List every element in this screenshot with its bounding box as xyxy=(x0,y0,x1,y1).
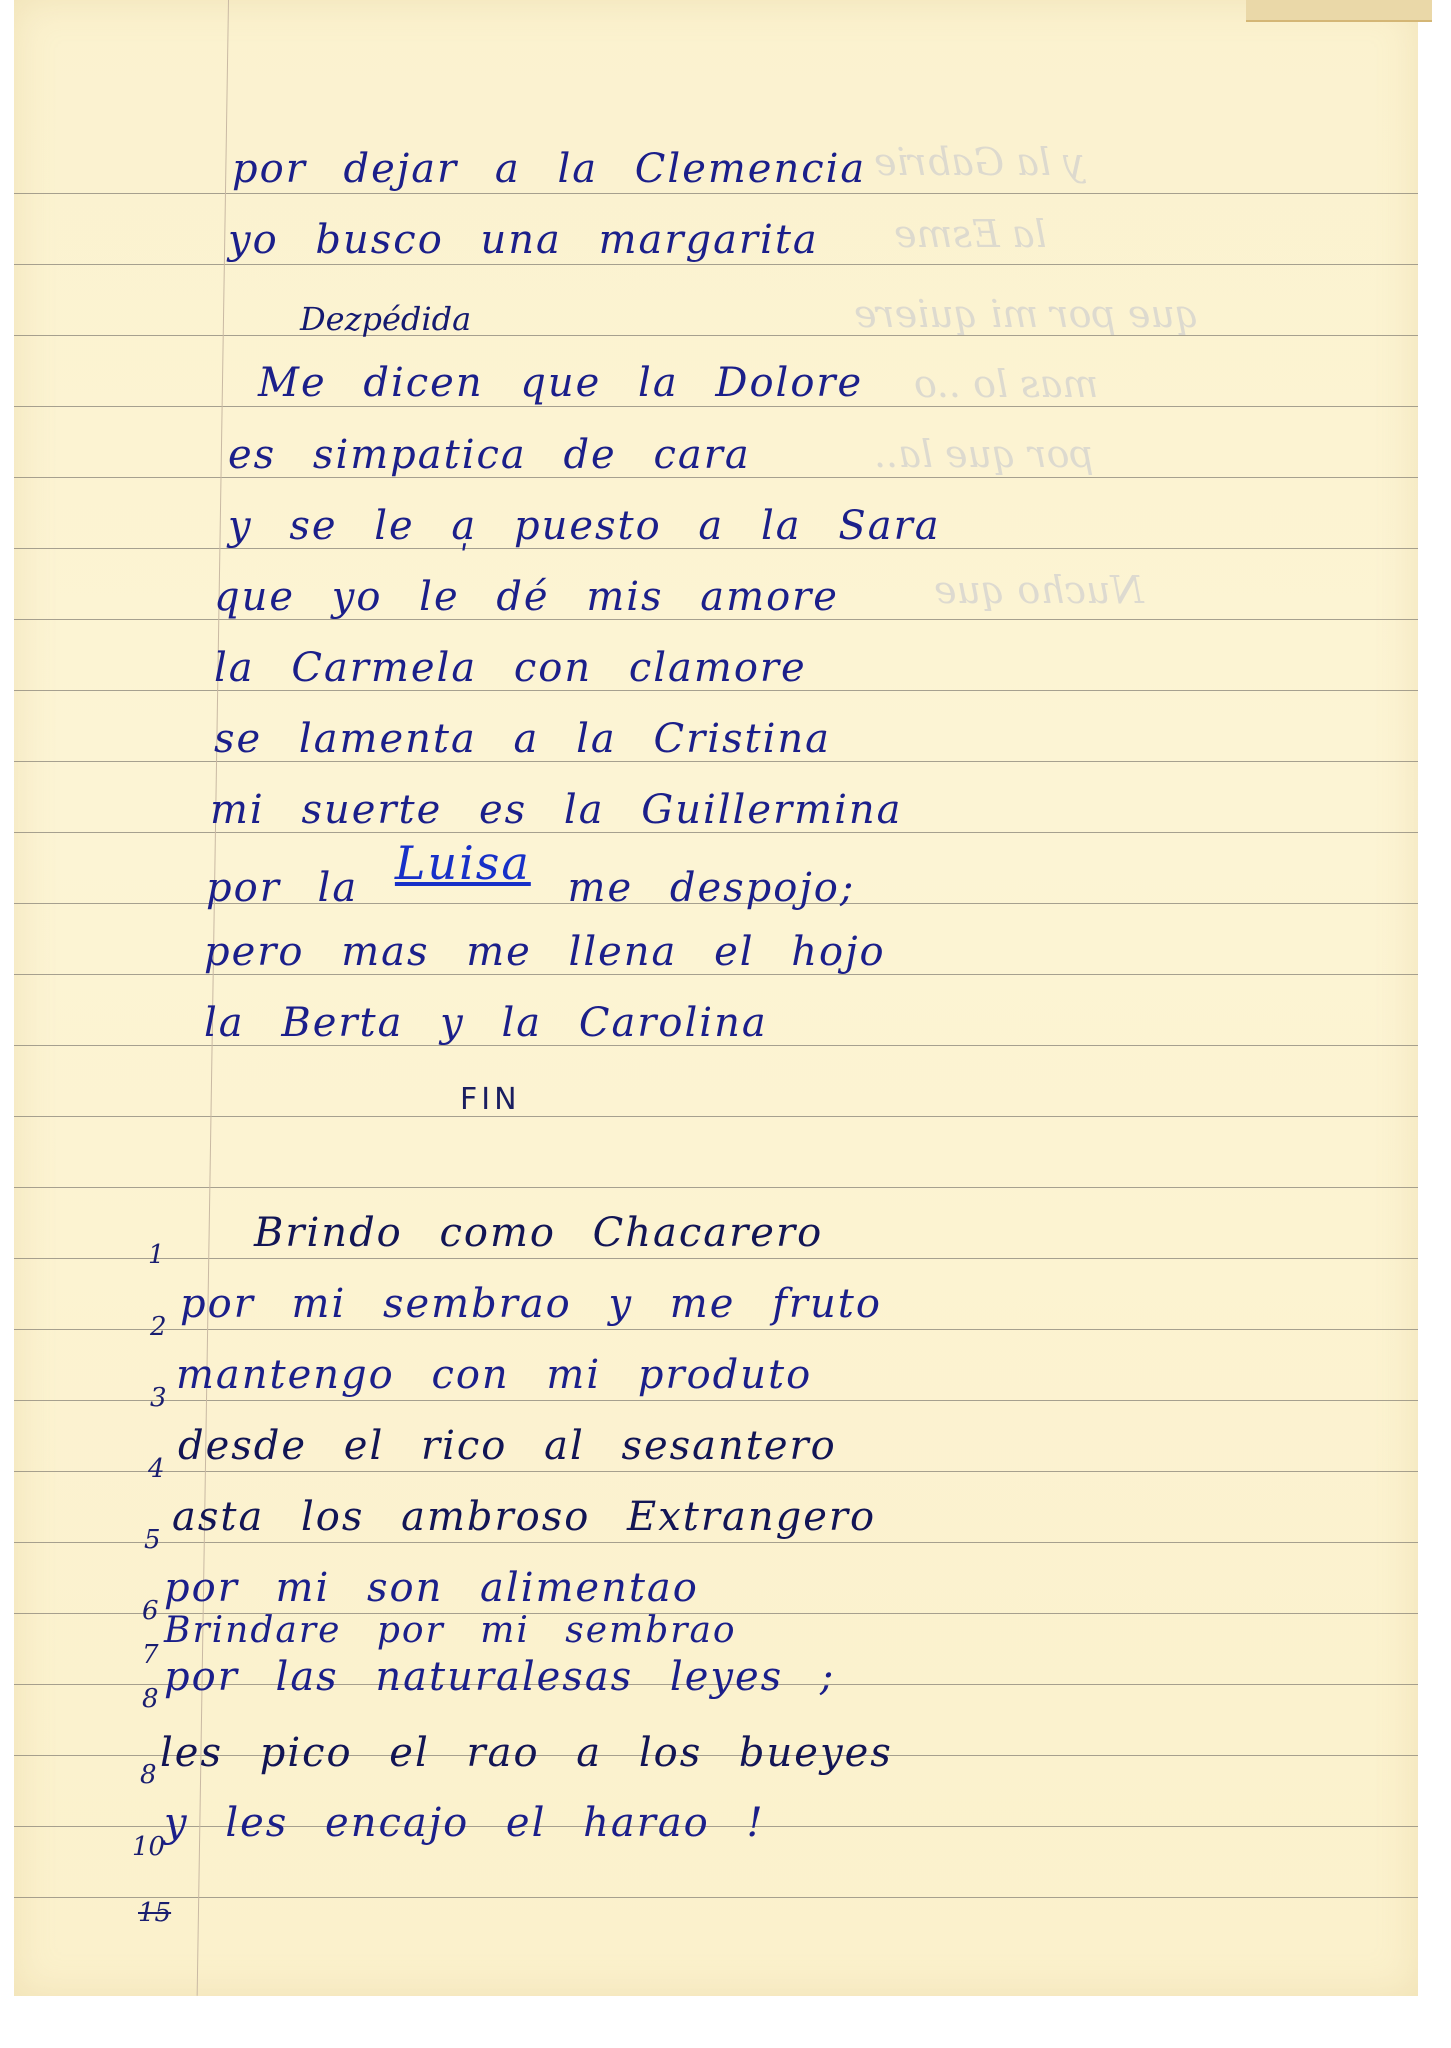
ruled-line xyxy=(14,1187,1418,1188)
line-number: 2 xyxy=(150,1312,167,1342)
line-number: 3 xyxy=(150,1383,167,1413)
show-through-text: Nucho que xyxy=(934,568,1144,612)
inserted-word: Luisa xyxy=(395,836,531,890)
verse-line: yo busco una margarita xyxy=(228,217,819,263)
verse-line: la Berta y la Carolina xyxy=(204,1000,768,1046)
verse-line: desde el rico al sesantero xyxy=(178,1423,837,1469)
line-number: 6 xyxy=(142,1596,159,1626)
verse-line: mi suerte es la Guillermina xyxy=(210,787,902,833)
line-number: 5 xyxy=(144,1525,161,1555)
verse-line: por las naturalesas leyes ; xyxy=(164,1654,835,1700)
verse-line: que yo le dé mis amore xyxy=(214,574,839,620)
verse-line: Brindare por mi sembrao xyxy=(164,1610,737,1651)
verse-line: es simpatica de cara xyxy=(228,432,751,478)
ruled-line xyxy=(14,406,1418,407)
ruled-line xyxy=(14,1400,1418,1401)
verse-line: mantengo con mi produto xyxy=(176,1352,812,1398)
show-through-text: por que la.. xyxy=(874,432,1094,476)
ruled-line xyxy=(14,1329,1418,1330)
show-through-text: y la Gabrie xyxy=(874,140,1085,184)
verse-line: por dejar a la Clemencia xyxy=(232,146,866,192)
line-number: 8 xyxy=(140,1760,157,1790)
ruled-line xyxy=(14,1897,1418,1898)
verse-line: por mi sembrao y me fruto xyxy=(180,1281,882,1327)
show-through-text: la Esme xyxy=(894,212,1047,256)
verse-line: la Carmela con clamore xyxy=(214,645,807,691)
end-mark: FIN xyxy=(460,1082,521,1117)
verse-line: Brindo como Chacarero xyxy=(254,1210,823,1256)
ruled-line xyxy=(14,1471,1418,1472)
section-heading: Dezpédida xyxy=(300,300,471,338)
verse-line: se lamenta a la Cristina xyxy=(214,716,831,762)
verse-line: pero mas me llena el hojo xyxy=(204,929,886,975)
torn-corner xyxy=(1246,0,1432,22)
ruled-line xyxy=(14,1542,1418,1543)
line-number: 7 xyxy=(142,1640,159,1670)
line-number: 8 xyxy=(142,1684,159,1714)
verse-text: por la xyxy=(206,865,395,911)
notebook-page: y la Gabrie la Esme que por mi quiere ma… xyxy=(14,0,1418,1996)
ruled-line xyxy=(14,335,1418,336)
accent-mark: ʹ xyxy=(460,540,468,575)
line-number: 1 xyxy=(148,1240,165,1270)
verse-text: me despojo; xyxy=(531,865,855,911)
correction: Luisa xyxy=(395,865,531,911)
ruled-line xyxy=(14,1116,1418,1117)
verse-line: por mi son alimentao xyxy=(164,1565,699,1611)
verse-line: les pico el rao a los bueyes xyxy=(160,1730,893,1776)
verse-line: asta los ambroso Extrangero xyxy=(172,1494,876,1540)
verse-line: y se le a puesto a la Sara xyxy=(228,503,941,549)
line-number: 4 xyxy=(148,1454,165,1484)
verse-line: y les encajo el harao ! xyxy=(164,1800,765,1846)
line-number: 15 xyxy=(138,1898,171,1928)
verse-line-corrected: por la Luisa me despojo; xyxy=(206,858,855,912)
show-through-text: que por mi quiere xyxy=(854,292,1199,336)
ruled-line xyxy=(14,1258,1418,1259)
line-number: 10 xyxy=(132,1832,165,1862)
verse-line: Me dicen que la Dolore xyxy=(258,360,863,406)
show-through-text: mas lo ..o xyxy=(914,362,1098,406)
